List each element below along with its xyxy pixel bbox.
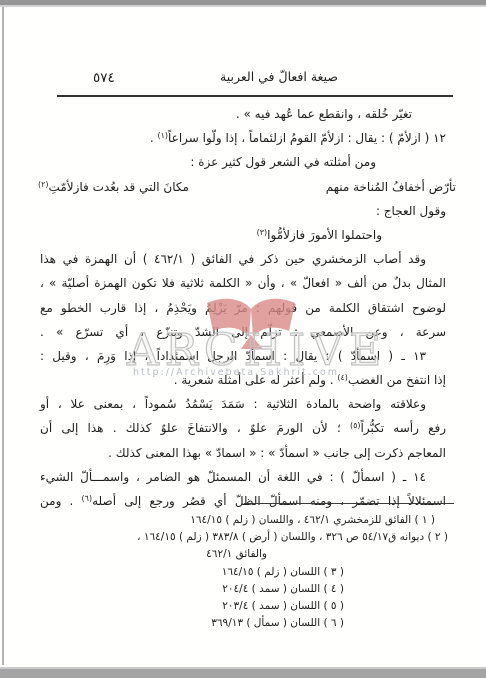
body-line: واحتملوا الأمورَ فازلأمُّوا(٣) (40, 223, 446, 247)
body-line: المعاجم ذكرت إلى جانب « اسمأدّ » : « اسم… (40, 441, 446, 465)
body-line: وعلاقته واضحة بالمادة الثلاثية : سَمَدَ … (40, 392, 446, 416)
scan-border-bottom (0, 667, 486, 678)
footnotes-section: ( ١ ) الفائق للزمخشري ٤٦٢/١ ، واللسان ( … (36, 503, 448, 632)
page-number: ٥٧٤ (93, 70, 115, 86)
footnote-line: ( ٦ ) اللسان ( سمأل ) ٣٦٩/١٣ (36, 615, 448, 632)
footnote-line: والفائق ٤٦٢/١ (36, 546, 448, 563)
scanned-page: ٥٧٤ صيغة افعالّ في العربية تغيّر خُلقه ،… (0, 0, 486, 678)
header-rule (57, 95, 453, 97)
scan-border-top (0, 0, 486, 7)
body-line: تغيّر خُلقه ، وانقطع عما عُهد فيه » . (40, 102, 446, 126)
body-line: ومن أمثلته في الشعر قول كثير عزة : (40, 150, 446, 174)
body-line: رفع رأسه تكبُّراً(٥) ؛ لأن الورمَ علوٌ ،… (40, 416, 446, 440)
verse-hemistich-left: مكانَ التي قد بعُدت فازلأمّتِ(٢) (38, 175, 189, 199)
body-line: ١٤ ـ ( اسمألّ ) : في اللغة أن المسمئلّ ه… (40, 465, 446, 489)
footnote-line: ( ١ ) الفائق للزمخشري ٤٦٢/١ ، واللسان ( … (36, 512, 448, 529)
footnote-separator (244, 503, 454, 504)
verse-hemistich-right: تأرّض أخفافُ المُناخة منهم (326, 175, 456, 199)
footnote-line: ( ٣ ) اللسان ( زلم ) ١٦٤/١٥ (36, 564, 448, 581)
verse-line: تأرّض أخفافُ المُناخة منهممكانَ التي قد … (38, 175, 456, 199)
body-line: ١٢ ( ازلأمّ ) : يقال : ازلأمّ القومُ ازل… (40, 126, 446, 150)
footnote-line: ( ٥ ) اللسان ( سمد ) ٢٠٣/٤ (36, 598, 448, 615)
body-line: المثال بدلٌ من ألف « افعالّ » ، وأن « ال… (40, 271, 446, 295)
footnote-lines: ( ١ ) الفائق للزمخشري ٤٦٢/١ ، واللسان ( … (36, 512, 448, 632)
footnote-line: ( ٤ ) اللسان ( سمد ) ٢٠٤/٤ (36, 581, 448, 598)
body-line: وقول العجاج : (40, 199, 446, 223)
body-line: وقد أصاب الزمخشري حين ذكر في الفائق ( ٤٦… (40, 247, 446, 271)
page-title: صيغة افعالّ في العربية (220, 69, 338, 84)
scan-border-left (2, 7, 4, 665)
archive-watermark-url: http://Archivebeta.Sakhrit.com (133, 367, 339, 378)
footnote-line: ( ٢ ) ديوانه ق٥٤/١٧ ص ٣٢٦ ، واللسان ( أر… (36, 529, 448, 546)
